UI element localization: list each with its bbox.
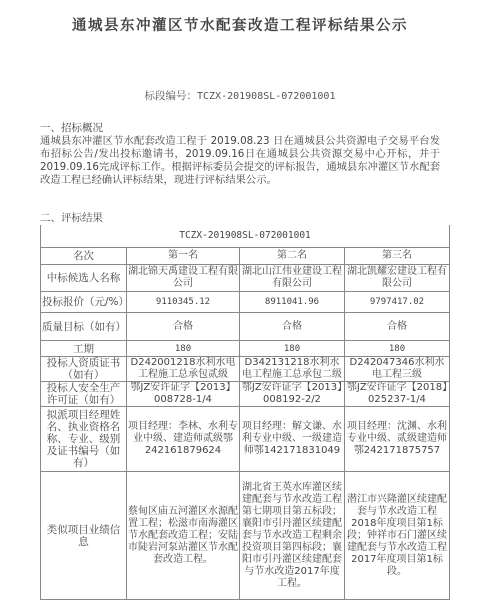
table-header-row: 名次 第一名 第二名 第三名 xyxy=(41,248,450,265)
cell: 项目经理：解文谦、水利专业中级、一级建造师鄂142171831049 xyxy=(240,407,345,472)
row-label: 投标报价（元/%） xyxy=(41,292,127,313)
rank-2-header: 第二名 xyxy=(240,248,345,265)
table-row: 工期 180 180 180 xyxy=(41,341,450,357)
cell: 180 xyxy=(345,341,450,357)
row-label: 类似项目业绩信息 xyxy=(41,472,127,600)
cell: 8911041.96 xyxy=(240,292,345,313)
cell: 合格 xyxy=(127,313,240,341)
row-label: 中标候选人名称 xyxy=(41,265,127,292)
section-heading-overview: 一、招标概况 xyxy=(40,120,103,135)
table-row: 投标人安全生产许可证（如有） 鄂JZ安许证字【2013】008728-1/4 鄂… xyxy=(41,382,450,407)
cell: 湖北锦天禹建设工程有限公司 xyxy=(127,265,240,292)
table-row: 类似项目业绩信息 蔡甸区庙五河灌区水源配置工程；松滋市南海灌区节水配套改造工程；… xyxy=(41,472,450,600)
table-row: 中标候选人名称 湖北锦天禹建设工程有限公司 湖北山江伟业建设工程有限公司 湖北凯… xyxy=(41,265,450,292)
cell: 9110345.12 xyxy=(127,292,240,313)
row-label: 工期 xyxy=(41,341,127,357)
row-label: 投标人安全生产许可证（如有） xyxy=(41,382,127,407)
row-label: 拟派项目经理姓名、执业资格名称、专业、级别及证书编号（如有） xyxy=(41,407,127,472)
overview-paragraph: 通城县东冲灌区节水配套改造工程于 2019.08.23 日在通城县公共资源电子交… xyxy=(40,135,440,187)
table-code-row: TCZX-201908SL-072001001 xyxy=(41,225,450,248)
table-row: 投标人资质证书（如有） D242001218水利水电工程施工总承包贰级 D342… xyxy=(41,357,450,382)
table-row: 投标报价（元/%） 9110345.12 8911041.96 9797417.… xyxy=(41,292,450,313)
cell: 湖北山江伟业建设工程有限公司 xyxy=(240,265,345,292)
cell: D242047346水利水电工程三级 xyxy=(345,357,450,382)
table-row: 质量目标（如有） 合格 合格 合格 xyxy=(41,313,450,341)
cell: 项目经理：李林、水利专业中级、建造师贰级鄂242161879624 xyxy=(127,407,240,472)
cell: 潜江市兴隆灌区续建配套与节水改造工程2018年度项目第1标段；钟祥市石门灌区续建… xyxy=(345,472,450,600)
cell: 合格 xyxy=(240,313,345,341)
rank-1-header: 第一名 xyxy=(127,248,240,265)
cell: 鄂JZ安许证字【2018】025237-1/4 xyxy=(345,382,450,407)
cell: D242001218水利水电工程施工总承包贰级 xyxy=(127,357,240,382)
table-row: 拟派项目经理姓名、执业资格名称、专业、级别及证书编号（如有） 项目经理：李林、水… xyxy=(41,407,450,472)
rank-3-header: 第三名 xyxy=(345,248,450,265)
table-code: TCZX-201908SL-072001001 xyxy=(41,225,450,248)
bid-number-value: TCZX-201908SL-072001001 xyxy=(197,91,335,102)
cell: 9797417.02 xyxy=(345,292,450,313)
cell: 鄂JZ安许证字【2013】008192-2/2 xyxy=(240,382,345,407)
cell: 项目经理：沈渊、水利专业中级、贰级建造师鄂242171875757 xyxy=(345,407,450,472)
cell: 180 xyxy=(240,341,345,357)
rank-header: 名次 xyxy=(41,248,127,265)
section-heading-results: 二、评标结果 xyxy=(40,210,103,225)
cell: 鄂JZ安许证字【2013】008728-1/4 xyxy=(127,382,240,407)
row-label: 投标人资质证书（如有） xyxy=(41,357,127,382)
cell: 合格 xyxy=(345,313,450,341)
bid-number-label: 标段编号： xyxy=(145,90,198,102)
cell: 湖北省王英水库灌区续建配套与节水改造工程第七期项目第五标段；襄阳市引丹灌区续建配… xyxy=(240,472,345,600)
page-title: 通城县东冲灌区节水配套改造工程评标结果公示 xyxy=(0,14,480,35)
row-label: 质量目标（如有） xyxy=(41,313,127,341)
results-table: TCZX-201908SL-072001001 名次 第一名 第二名 第三名 中… xyxy=(40,225,450,600)
cell: 蔡甸区庙五河灌区水源配置工程；松滋市南海灌区节水配套改造工程；安陆市陡岩河泵站灌… xyxy=(127,472,240,600)
cell: D342131218水利水电工程施工总承包二级 xyxy=(240,357,345,382)
cell: 180 xyxy=(127,341,240,357)
cell: 湖北凯耀宏建设工程有限公司 xyxy=(345,265,450,292)
bid-number: 标段编号：TCZX-201908SL-072001001 xyxy=(0,88,480,103)
